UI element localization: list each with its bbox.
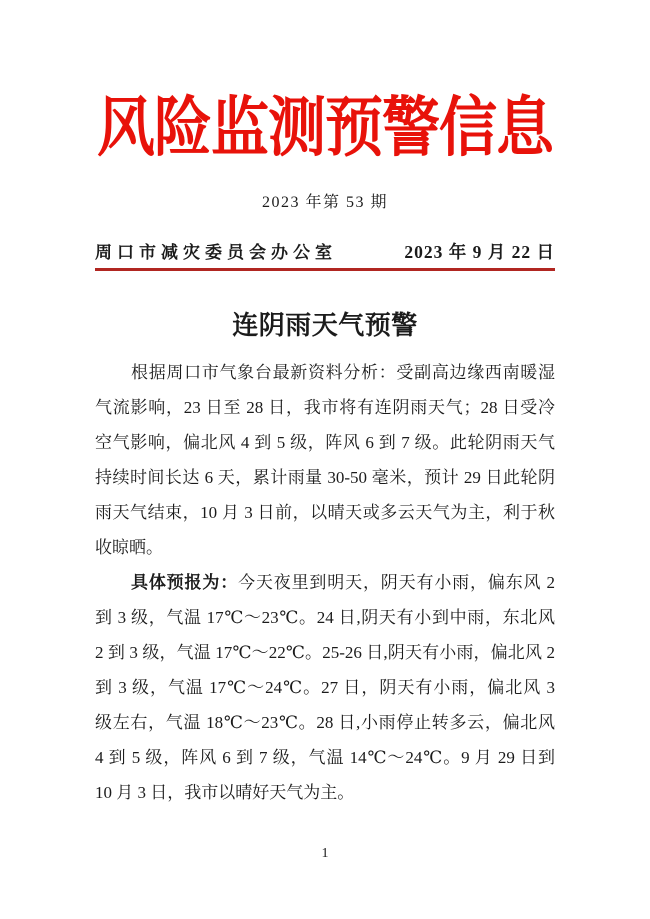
red-divider-rule [95,268,555,271]
issue-number: 2023 年第 53 期 [95,192,555,214]
paragraph1-line: 气流影响，23 日至 28 日，我市将有连阴雨天气；28 日受冷 [95,390,555,425]
paragraph1-line: 收晾晒。 [95,530,555,565]
article-body: 根据周口市气象台最新资料分析：受副高边缘西南暖湿 气流影响，23 日至 28 日… [95,355,555,810]
page-number: 1 [0,845,650,863]
paragraph1-line: 持续时间长达 6 天，累计雨量 30-50 毫米，预计 29 日此轮阴 [95,460,555,495]
masthead-title: 风险监测预警信息 [95,83,555,173]
forecast-lead-in: 具体预报为： [131,573,238,592]
paragraph2-line: 到 3 级，气温 17℃～24℃。27 日，阴天有小雨，偏北风 3 [95,670,555,705]
paragraph1-line: 根据周口市气象台最新资料分析：受副高边缘西南暖湿 [95,355,555,390]
paragraph2-line: 2 到 3 级，气温 17℃～22℃。25-26 日,阴天有小雨，偏北风 2 [95,635,555,670]
issuer-name: 周口市减灾委员会办公室 [95,241,337,265]
paragraph2-line-text: 今天夜里到明天，阴天有小雨，偏东风 2 [238,573,555,592]
issuer-row: 周口市减灾委员会办公室 2023 年 9 月 22 日 [95,240,555,265]
paragraph2-line: 10 月 3 日，我市以晴好天气为主。 [95,775,555,810]
paragraph2-line: 具体预报为：今天夜里到明天，阴天有小雨，偏东风 2 [95,565,555,600]
document-content: 风险监测预警信息 2023 年第 53 期 周口市减灾委员会办公室 2023 年… [95,0,555,810]
issue-date: 2023 年 9 月 22 日 [404,240,555,264]
paragraph1-line: 雨天气结束，10 月 3 日前，以晴天或多云天气为主，利于秋 [95,495,555,530]
document-page: 风险监测预警信息 2023 年第 53 期 周口市减灾委员会办公室 2023 年… [0,0,650,919]
paragraph2-line: 4 到 5 级，阵风 6 到 7 级，气温 14℃～24℃。9 月 29 日到 [95,740,555,775]
article-title: 连阴雨天气预警 [95,309,555,343]
paragraph1-line: 空气影响，偏北风 4 到 5 级，阵风 6 到 7 级。此轮阴雨天气 [95,425,555,460]
paragraph2-line: 级左右，气温 18℃～23℃。28 日,小雨停止转多云，偏北风 [95,705,555,740]
paragraph2-line: 到 3 级，气温 17℃～23℃。24 日,阴天有小到中雨，东北风 [95,600,555,635]
